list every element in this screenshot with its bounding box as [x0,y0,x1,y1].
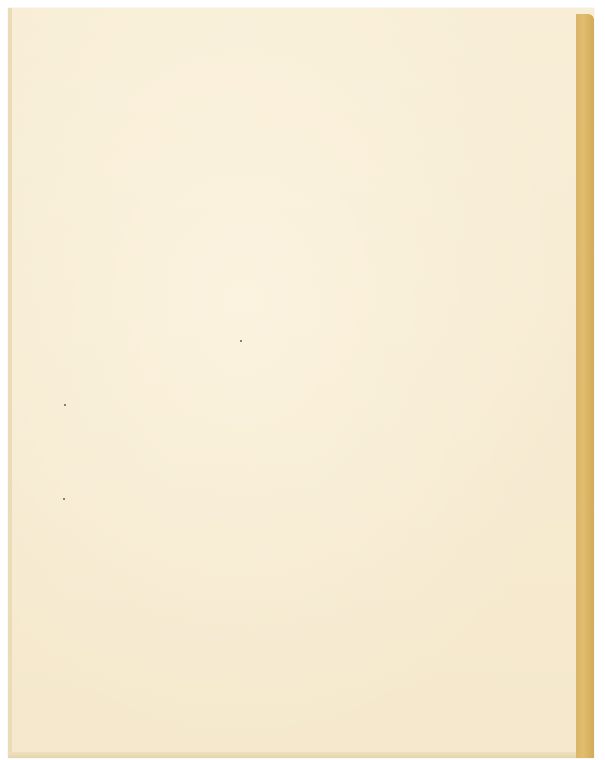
paper-speck [63,498,65,500]
page-bottom-edge [8,752,594,758]
paper-page [8,8,594,758]
paper-speck [240,340,242,342]
tape-strip-right [576,14,594,758]
page-left-edge [8,8,12,758]
paper-speck [64,404,66,406]
